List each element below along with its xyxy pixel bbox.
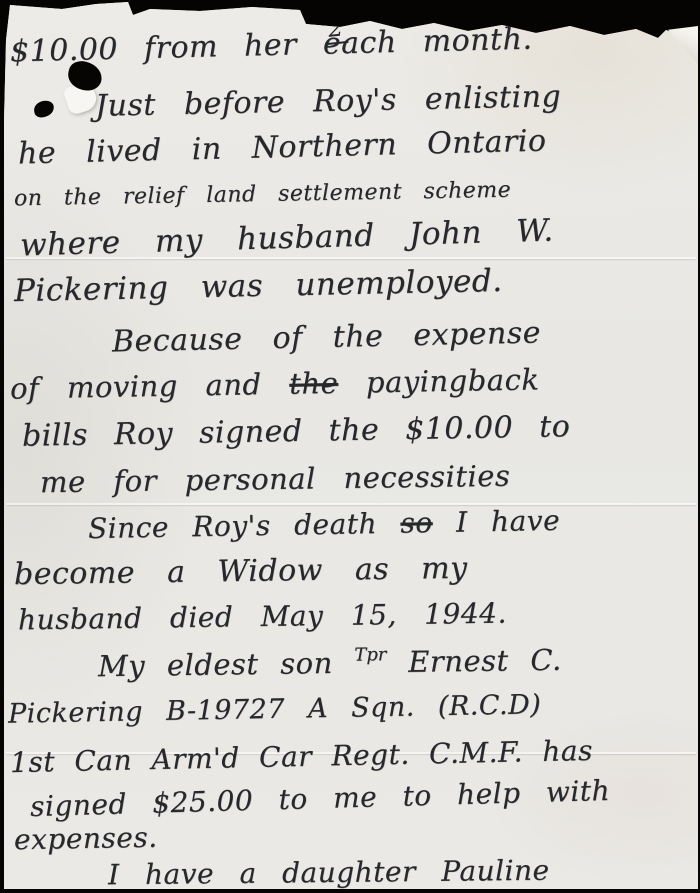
paper-crease <box>6 503 696 505</box>
handwritten-line: become a Widow as my <box>14 551 468 592</box>
scanned-letter-page: 2 $10.00 from her each month. Just befor… <box>0 0 700 893</box>
handwritten-line: where my husband John W. <box>20 213 554 264</box>
paper-hole <box>33 99 55 118</box>
handwritten-line: Pickering was unemployed. <box>14 263 503 309</box>
handwritten-line: on the relief land settlement scheme <box>14 178 512 212</box>
struck-word: the <box>289 366 339 401</box>
handwritten-line: me for personal necessities <box>40 459 511 500</box>
inserted-word: Tpr <box>354 645 386 666</box>
struck-word: so <box>400 506 433 540</box>
handwritten-line: My eldest son Tpr Ernest C. <box>98 643 562 683</box>
handwritten-line: Pickering B-19727 A Sqn. (R.C.D) <box>8 689 542 729</box>
handwritten-line: bills Roy signed the $10.00 to <box>22 409 571 454</box>
handwritten-line: he lived in Northern Ontario <box>18 124 547 172</box>
handwritten-line: I have a daughter Pauline <box>108 854 550 892</box>
handwritten-line: of moving and the payingback <box>10 362 540 405</box>
handwritten-line: Since Roy's death so I have <box>88 504 561 545</box>
handwritten-line: Just before Roy's enlisting <box>95 79 562 124</box>
handwritten-line: expenses. <box>14 821 158 857</box>
handwritten-line: signed $25.00 to me to help with <box>30 774 611 823</box>
handwritten-line: 1st Can Arm'd Car Regt. C.M.F. has <box>10 734 594 779</box>
letter-paper: 2 $10.00 from her each month. Just befor… <box>0 0 700 893</box>
handwritten-line: Because of the expense <box>112 316 542 360</box>
handwritten-line: husband died May 15, 1944. <box>18 597 507 637</box>
